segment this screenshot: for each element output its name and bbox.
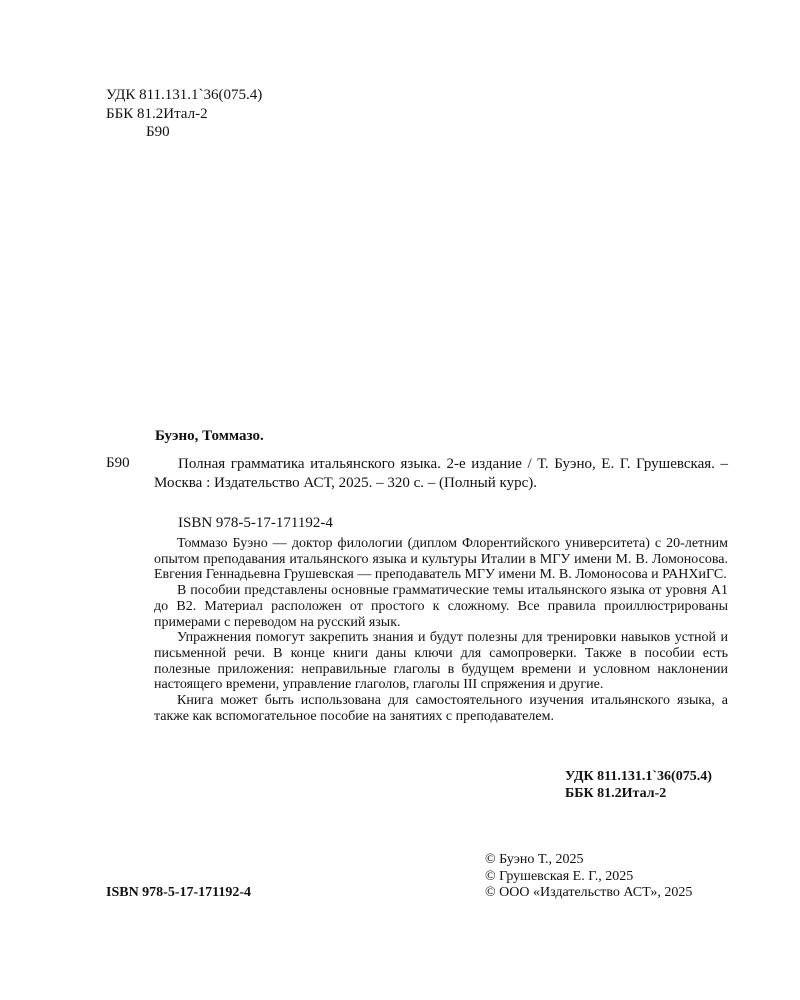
annotation-paragraph: Томмазо Буэно — доктор филологии (диплом… bbox=[154, 536, 728, 583]
annotation: Томмазо Буэно — доктор филологии (диплом… bbox=[154, 536, 728, 724]
udk-code: УДК 811.131.1`36(075.4) bbox=[106, 86, 366, 105]
annotation-paragraph: Упражнения помогут закрепить знания и бу… bbox=[154, 630, 728, 693]
copyright-block: © Буэно Т., 2025 © Грушевская Е. Г., 202… bbox=[485, 852, 692, 902]
bibliographic-description: Полная грамматика итальянского языка. 2-… bbox=[154, 455, 728, 492]
isbn: ISBN 978-5-17-171192-4 bbox=[178, 515, 333, 532]
bbk-code: ББК 81.2Итал-2 bbox=[106, 105, 366, 124]
classification-codes-footer: УДК 811.131.1`36(075.4) ББК 81.2Итал-2 bbox=[565, 768, 712, 802]
author-sign: Б90 bbox=[106, 123, 366, 142]
bbk-code-footer: ББК 81.2Итал-2 bbox=[565, 785, 712, 802]
catalog-author-sign: Б90 bbox=[106, 455, 130, 472]
author-heading: Буэно, Томмазо. bbox=[155, 428, 264, 445]
copyright-line: © Буэно Т., 2025 bbox=[485, 852, 692, 869]
udk-code-footer: УДК 811.131.1`36(075.4) bbox=[565, 768, 712, 785]
copyright-line: © Грушевская Е. Г., 2025 bbox=[485, 869, 692, 886]
isbn-bottom: ISBN 978-5-17-171192-4 bbox=[106, 884, 251, 901]
copyright-line: © ООО «Издательство АСТ», 2025 bbox=[485, 885, 692, 902]
annotation-paragraph: В пособии представлены основные граммати… bbox=[154, 583, 728, 630]
annotation-paragraph: Книга может быть использована для самост… bbox=[154, 693, 728, 724]
classification-codes-header: УДК 811.131.1`36(075.4) ББК 81.2Итал-2 Б… bbox=[106, 86, 366, 142]
